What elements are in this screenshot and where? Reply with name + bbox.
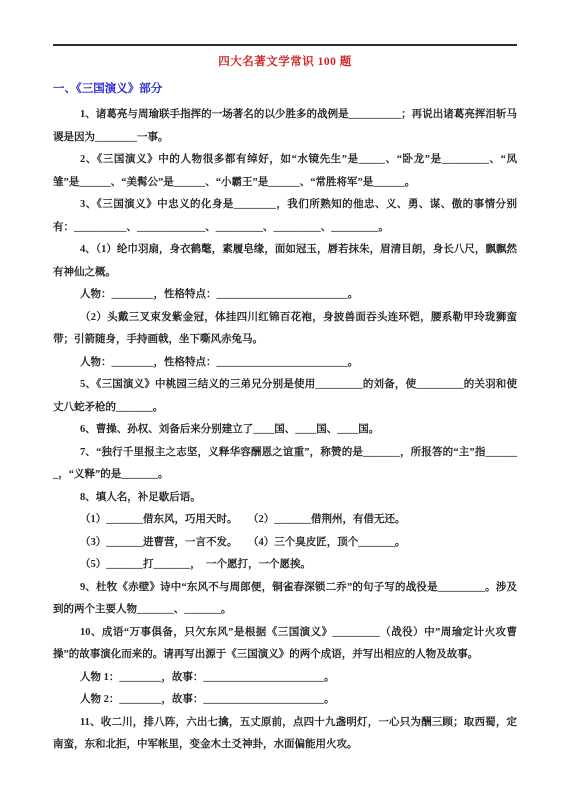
question-6: 6、曹操、孙权、刘备后来分别建立了____国、____国、____国。 bbox=[53, 419, 517, 442]
question-4-part1-description: 4、（1）纶巾羽扇，身衣鹤氅，素履皂缘，面如冠玉，唇若抹朱，眉清目朗，身长八尺，… bbox=[53, 239, 517, 284]
question-5: 5、《三国演义》中桃园三结义的三弟兄分别是使用_________的刘备，使___… bbox=[53, 374, 517, 419]
question-8-item-1-2: （1）_______借东风，巧用天时。 （2）_______借荆州，有借无还。 bbox=[53, 509, 517, 532]
document-page: 四大名著文学常识 100 题 一、《三国演义》部分 1、诸葛亮与周瑜联手指挥的一… bbox=[0, 0, 569, 800]
question-4-part2-description: （2）头戴三叉束发紫金冠，体挂四川红锦百花袍，身披兽面吞头连环铠，腰系勒甲玲珑狮… bbox=[53, 307, 517, 352]
question-4-part1-answer-line: 人物：________，性格特点：_______________________… bbox=[53, 284, 517, 307]
question-8: 8、填人名，补足歇后语。 bbox=[53, 487, 517, 510]
question-7: 7、“独行千里报主之志坚，义释华容酬恩之谊重”，称赞的是_______，所报答的… bbox=[53, 442, 517, 487]
question-10-answer-line-2: 人物 2：________，故事：_______________________… bbox=[53, 689, 517, 712]
question-8-item-5: （5）_______打_______， 一个愿打，一个愿挨。 bbox=[53, 554, 517, 577]
question-9: 9、杜牧《赤壁》诗中“东风不与周郎便，铜雀春深锁二乔”的句子写的战役是_____… bbox=[53, 577, 517, 622]
document-title: 四大名著文学常识 100 题 bbox=[53, 52, 517, 72]
question-8-item-3-4: （3）_______进曹营，一言不发。 （4）三个臭皮匠，顶个_______。 bbox=[53, 532, 517, 555]
question-list: 1、诸葛亮与周瑜联手指挥的一场著名的以少胜多的战例是__________；再说出… bbox=[53, 104, 517, 757]
question-4-part2-answer-line: 人物：________，性格特点：_______________________… bbox=[53, 352, 517, 375]
question-1: 1、诸葛亮与周瑜联手指挥的一场著名的以少胜多的战例是__________；再说出… bbox=[53, 104, 517, 149]
question-2: 2、《三国演义》中的人物很多都有绰好，如“水镜先生”是_____、“卧龙”是__… bbox=[53, 149, 517, 194]
section-heading: 一、《三国演义》部分 bbox=[53, 79, 517, 99]
horizontal-rule bbox=[53, 44, 517, 46]
question-10-answer-line-1: 人物 1：________，故事：_______________________… bbox=[53, 667, 517, 690]
question-3: 3、《三国演义》中忠义的化身是________，我们所熟知的他忠、义、勇、谋、傲… bbox=[53, 194, 517, 239]
question-11: 11、收二川，排八阵，六出七擒，五丈原前，点四十九盏明灯，一心只为酬三顾；取西蜀… bbox=[53, 712, 517, 757]
question-10: 10、成语“万事俱备，只欠东风”是根据《三国演义》_________（战役）中”… bbox=[53, 622, 517, 667]
